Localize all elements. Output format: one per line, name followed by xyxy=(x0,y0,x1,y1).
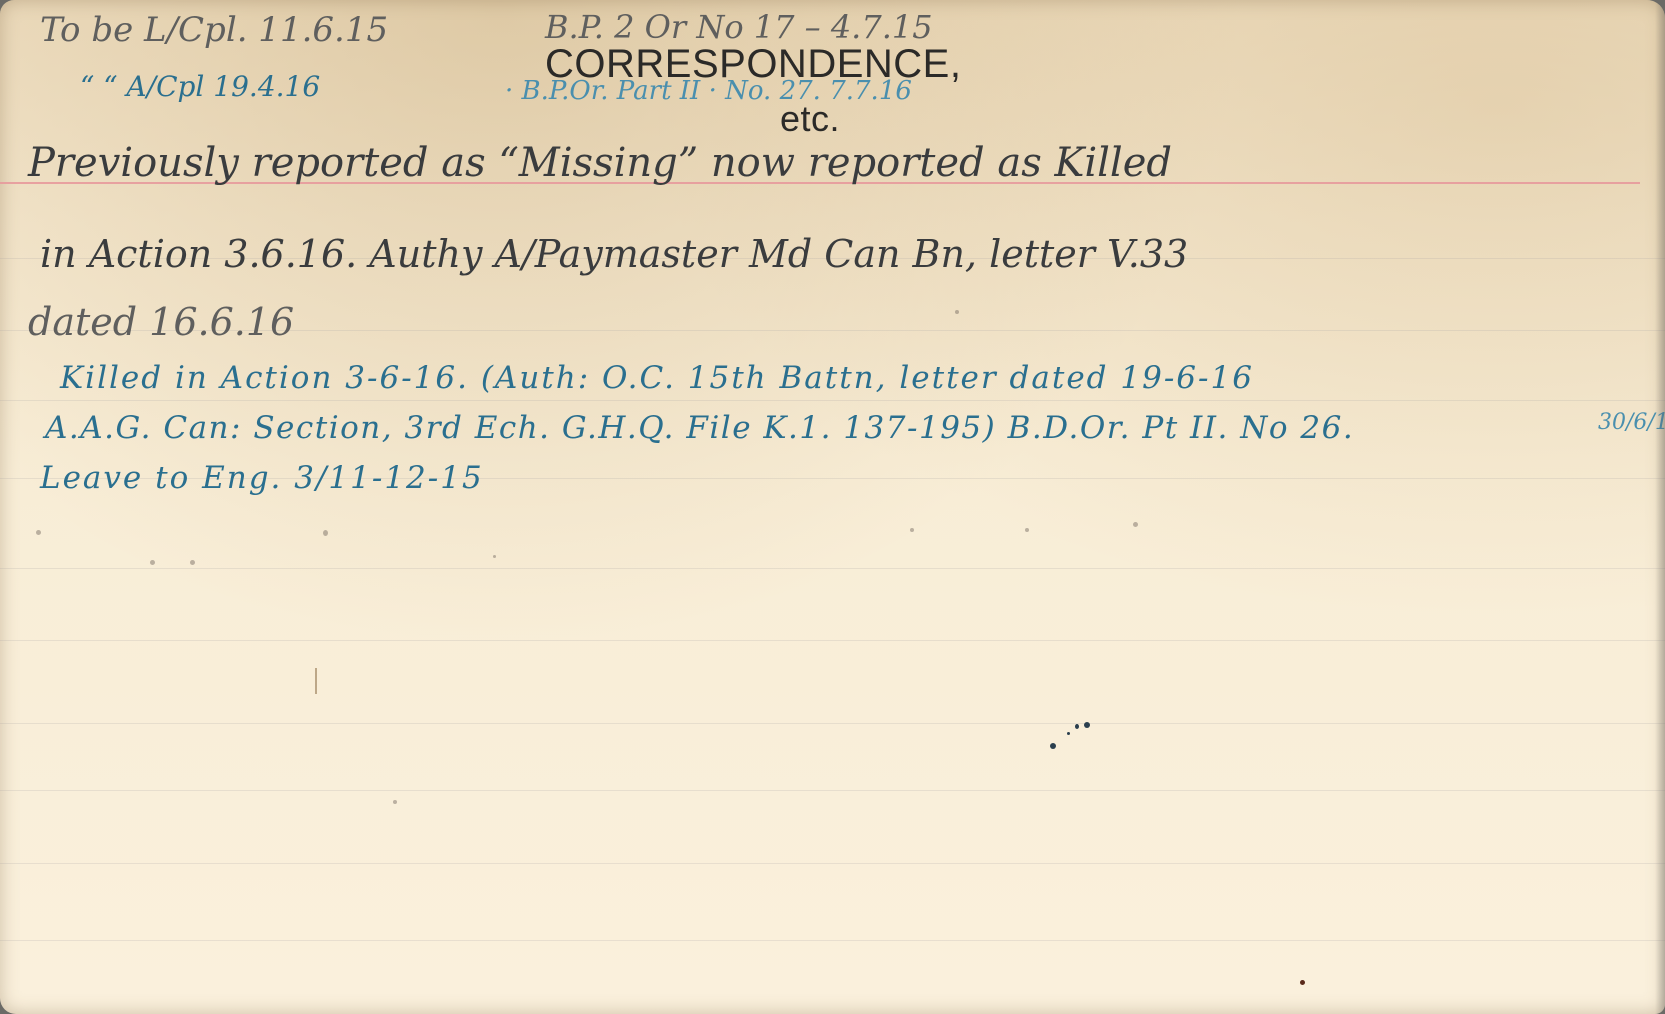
entry-promotion-lcpl-ref: B.P. 2 Or No 17 – 4.7.15 xyxy=(545,8,933,46)
ink-spot xyxy=(1067,732,1070,735)
ruled-line xyxy=(0,863,1665,864)
entry-promotion-acpl-ref: · B.P.Or. Part II · No. 27. 7.7.16 xyxy=(505,76,912,106)
ink-spot xyxy=(1075,724,1079,729)
ruled-line xyxy=(0,940,1665,941)
entry-missing-killed: Previously reported as “Missing” now rep… xyxy=(28,140,1172,186)
paper-speck xyxy=(36,530,41,535)
paper-speck xyxy=(190,560,195,565)
entry-aag-section: A.A.G. Can: Section, 3rd Ech. G.H.Q. Fil… xyxy=(45,410,1354,446)
entry-killed-in-action: Killed in Action 3-6-16. (Auth: O.C. 15t… xyxy=(60,360,1254,396)
paper-speck xyxy=(955,310,959,314)
paper-speck xyxy=(1133,522,1138,527)
ruled-line xyxy=(0,568,1665,569)
paper-speck xyxy=(1025,528,1029,532)
record-card: CORRESPONDENCE, etc. To be L/Cpl. 11.6.1… xyxy=(0,0,1665,1014)
card-edge-shadow xyxy=(1655,0,1665,1014)
entry-promotion-acpl: “ “ A/Cpl 19.4.16 xyxy=(80,70,320,103)
ink-spot xyxy=(1084,722,1090,728)
entry-leave: Leave to Eng. 3/11-12-15 xyxy=(40,460,484,496)
ink-spot xyxy=(1050,743,1056,749)
paper-scratch xyxy=(315,668,317,694)
ruled-line xyxy=(0,640,1665,641)
entry-dated: dated 16.6.16 xyxy=(28,300,294,344)
paper-speck xyxy=(393,800,397,804)
paper-speck xyxy=(323,530,328,536)
paper-speck xyxy=(150,560,155,565)
paper-speck xyxy=(493,555,496,558)
entry-killed-authority: in Action 3.6.16. Authy A/Paymaster Md C… xyxy=(40,232,1188,276)
ruled-line xyxy=(0,400,1665,401)
ink-spot xyxy=(1300,980,1305,985)
paper-speck xyxy=(910,528,914,532)
ruled-line xyxy=(0,723,1665,724)
entry-promotion-lcpl: To be L/Cpl. 11.6.15 xyxy=(40,10,388,50)
ruled-line xyxy=(0,790,1665,791)
